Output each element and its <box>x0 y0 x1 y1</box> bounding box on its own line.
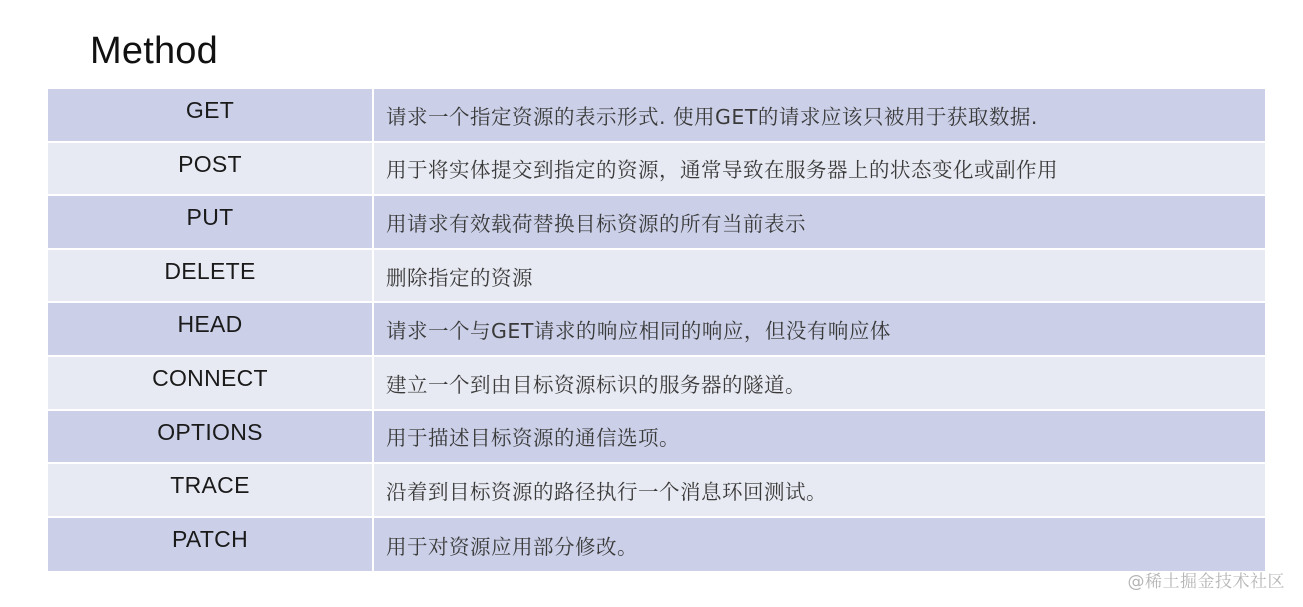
table-row: CONNECT 建立一个到由目标资源标识的服务器的隧道。 <box>48 357 1265 411</box>
table-row: HEAD 请求一个与GET请求的响应相同的响应，但没有响应体 <box>48 303 1265 357</box>
method-cell: OPTIONS <box>48 411 374 463</box>
method-cell: CONNECT <box>48 357 374 409</box>
watermark: @稀土掘金技术社区 <box>1128 567 1286 592</box>
table-row: DELETE 删除指定的资源 <box>48 250 1265 304</box>
http-methods-table: GET 请求一个指定资源的表示形式. 使用GET的请求应该只被用于获取数据. P… <box>48 89 1265 571</box>
description-cell: 用请求有效载荷替换目标资源的所有当前表示 <box>374 196 1265 248</box>
method-cell: TRACE <box>48 464 374 516</box>
table-row: POST 用于将实体提交到指定的资源，通常导致在服务器上的状态变化或副作用 <box>48 143 1265 197</box>
description-cell: 删除指定的资源 <box>374 250 1265 302</box>
description-cell: 沿着到目标资源的路径执行一个消息环回测试。 <box>374 464 1265 516</box>
page-title: Method <box>90 28 218 74</box>
table-row: GET 请求一个指定资源的表示形式. 使用GET的请求应该只被用于获取数据. <box>48 89 1265 143</box>
description-cell: 用于描述目标资源的通信选项。 <box>374 411 1265 463</box>
table-row: PUT 用请求有效载荷替换目标资源的所有当前表示 <box>48 196 1265 250</box>
description-cell: 用于对资源应用部分修改。 <box>374 518 1265 572</box>
description-cell: 用于将实体提交到指定的资源，通常导致在服务器上的状态变化或副作用 <box>374 143 1265 195</box>
description-cell: 请求一个指定资源的表示形式. 使用GET的请求应该只被用于获取数据. <box>374 89 1265 141</box>
description-cell: 请求一个与GET请求的响应相同的响应，但没有响应体 <box>374 303 1265 355</box>
method-cell: DELETE <box>48 250 374 302</box>
table-row: TRACE 沿着到目标资源的路径执行一个消息环回测试。 <box>48 464 1265 518</box>
method-cell: HEAD <box>48 303 374 355</box>
method-cell: POST <box>48 143 374 195</box>
table-row: OPTIONS 用于描述目标资源的通信选项。 <box>48 411 1265 465</box>
description-cell: 建立一个到由目标资源标识的服务器的隧道。 <box>374 357 1265 409</box>
method-cell: PUT <box>48 196 374 248</box>
method-cell: PATCH <box>48 518 374 572</box>
method-cell: GET <box>48 89 374 141</box>
table-row: PATCH 用于对资源应用部分修改。 <box>48 518 1265 572</box>
